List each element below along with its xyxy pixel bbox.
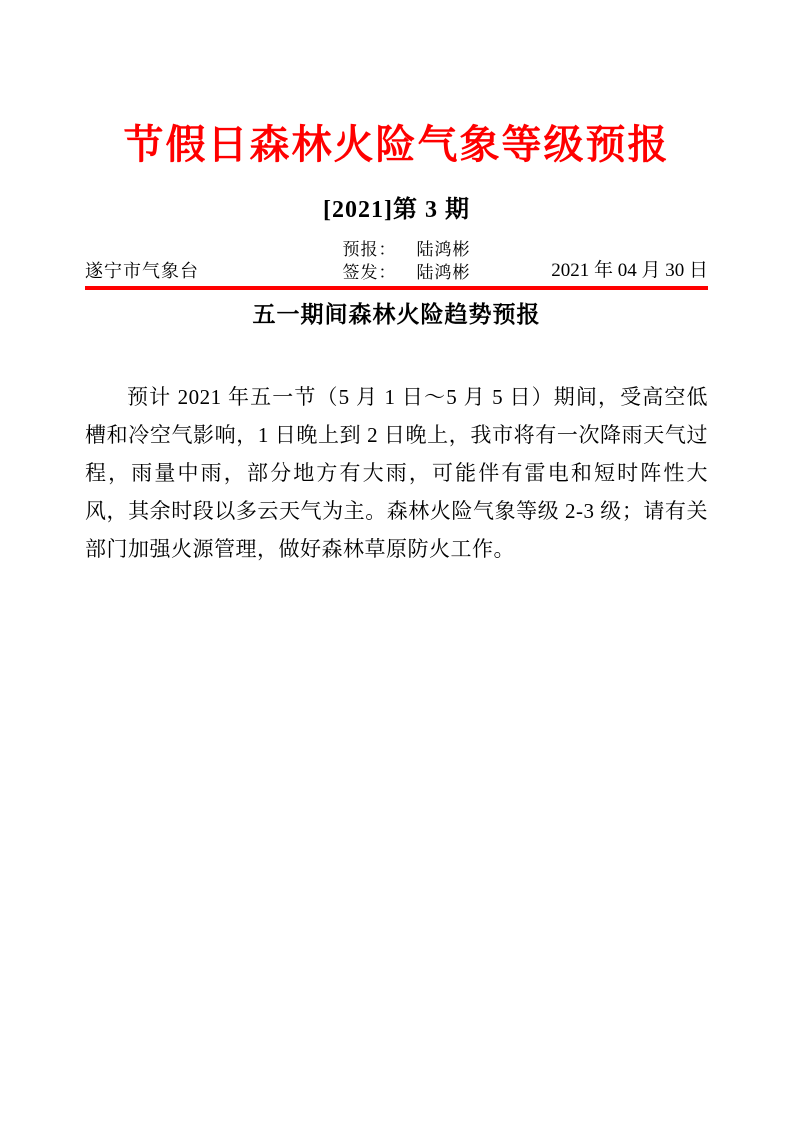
document-title: 节假日森林火险气象等级预报 (85, 116, 708, 174)
issuer-label: 签发： (343, 261, 397, 284)
forecast-paragraph: 预计 2021 年五一节（5 月 1 日～5 月 5 日）期间，受高空低槽和冷空… (85, 378, 708, 568)
red-divider-line (85, 286, 708, 290)
document-content: 节假日森林火险气象等级预报 [2021]第 3 期 遂宁市气象台 预报： 陆鸿彬… (0, 116, 793, 568)
forecaster-row: 预报： 陆鸿彬 (343, 238, 471, 261)
agency-name: 遂宁市气象台 (85, 259, 199, 284)
issuer-row: 签发： 陆鸿彬 (343, 261, 471, 284)
document-header: 遂宁市气象台 预报： 陆鸿彬 签发： 陆鸿彬 2021 年 04 月 30 日 (85, 238, 708, 284)
issuer-name: 陆鸿彬 (417, 261, 471, 284)
forecaster-label: 预报： (343, 238, 397, 261)
issue-date: 2021 年 04 月 30 日 (551, 259, 708, 284)
document-page: 节假日森林火险气象等级预报 [2021]第 3 期 遂宁市气象台 预报： 陆鸿彬… (0, 0, 793, 1122)
section-heading: 五一期间森林火险趋势预报 (85, 298, 708, 330)
forecaster-name: 陆鸿彬 (417, 238, 471, 261)
issue-number: [2021]第 3 期 (85, 194, 708, 226)
signer-block: 预报： 陆鸿彬 签发： 陆鸿彬 (343, 238, 471, 284)
